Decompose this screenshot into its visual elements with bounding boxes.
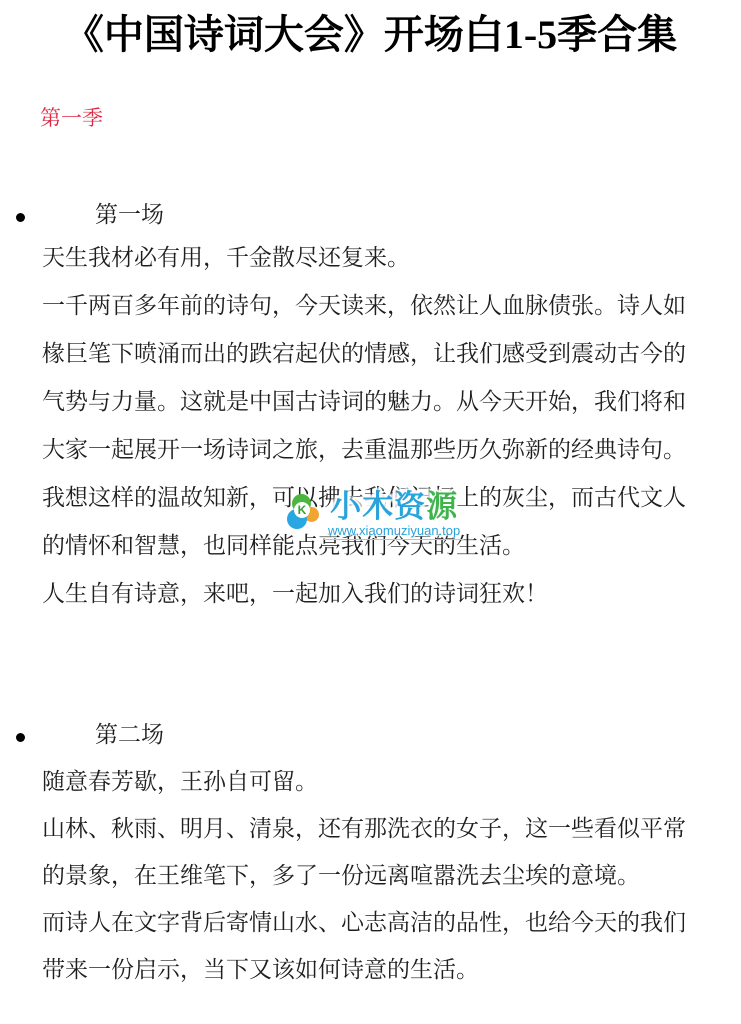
list-bullet-icon: [16, 733, 25, 742]
brand-name: 小木资源: [324, 492, 464, 522]
text-line: 而诗人在文字背后寄情山水、心志高洁的品性，也给今天的我们: [42, 899, 732, 946]
watermark-url-link[interactable]: www.xiaomuziyuan.top: [324, 524, 464, 540]
watermark-text: 小木资源 www.xiaomuziyuan.top: [324, 492, 464, 540]
episode-1-paragraphs: 天生我材必有用，千金散尽还复来。 一千两百多年前的诗句，今天读来，依然让人血脉债…: [42, 234, 732, 618]
section-episode-2: 第二场 随意春芳歇，王孙自可留。 山林、秋雨、明月、清泉，还有那洗衣的女子，这一…: [0, 720, 741, 754]
brand-logo-icon: K: [285, 492, 322, 536]
watermark: K 小木资源 www.xiaomuziyuan.top: [285, 492, 464, 540]
document-title: 《中国诗词大会》开场白1-5季合集: [0, 3, 741, 60]
text-line: 带来一份启示，当下又该如何诗意的生活。: [42, 946, 732, 993]
section-episode-1: 第一场 天生我材必有用，千金散尽还复来。 一千两百多年前的诗句，今天读来，依然让…: [0, 200, 741, 234]
text-line: 一千两百多年前的诗句，今天读来，依然让人血脉债张。诗人如: [42, 282, 732, 330]
episode-heading-row: 第一场: [0, 200, 741, 234]
text-line: 人生自有诗意，来吧，一起加入我们的诗词狂欢！: [42, 570, 732, 618]
document-page: 《中国诗词大会》开场白1-5季合集 第一季 第一场 天生我材必有用，千金散尽还复…: [0, 0, 741, 1024]
logo-letter: K: [294, 502, 310, 518]
episode-heading-row: 第二场: [0, 720, 741, 754]
text-line: 大家一起展开一场诗词之旅，去重温那些历久弥新的经典诗句。: [42, 426, 732, 474]
brand-name-part: 源: [426, 489, 458, 524]
brand-name-part: 小木资: [330, 489, 426, 524]
text-line: 的景象，在王维笔下，多了一份远离喧嚣洗去尘埃的意境。: [42, 852, 732, 899]
text-line: 气势与力量。这就是中国古诗词的魅力。从今天开始，我们将和: [42, 378, 732, 426]
text-line: 天生我材必有用，千金散尽还复来。: [42, 234, 732, 282]
text-line: 山林、秋雨、明月、清泉，还有那洗衣的女子，这一些看似平常: [42, 805, 732, 852]
list-bullet-icon: [16, 213, 25, 222]
episode-heading: 第二场: [95, 720, 164, 750]
text-line: 随意春芳歇，王孙自可留。: [42, 758, 732, 805]
text-line: 椽巨笔下喷涌而出的跌宕起伏的情感，让我们感受到震动古今的: [42, 330, 732, 378]
season-heading: 第一季: [40, 102, 103, 132]
episode-heading: 第一场: [95, 200, 164, 230]
episode-2-paragraphs: 随意春芳歇，王孙自可留。 山林、秋雨、明月、清泉，还有那洗衣的女子，这一些看似平…: [42, 758, 732, 993]
